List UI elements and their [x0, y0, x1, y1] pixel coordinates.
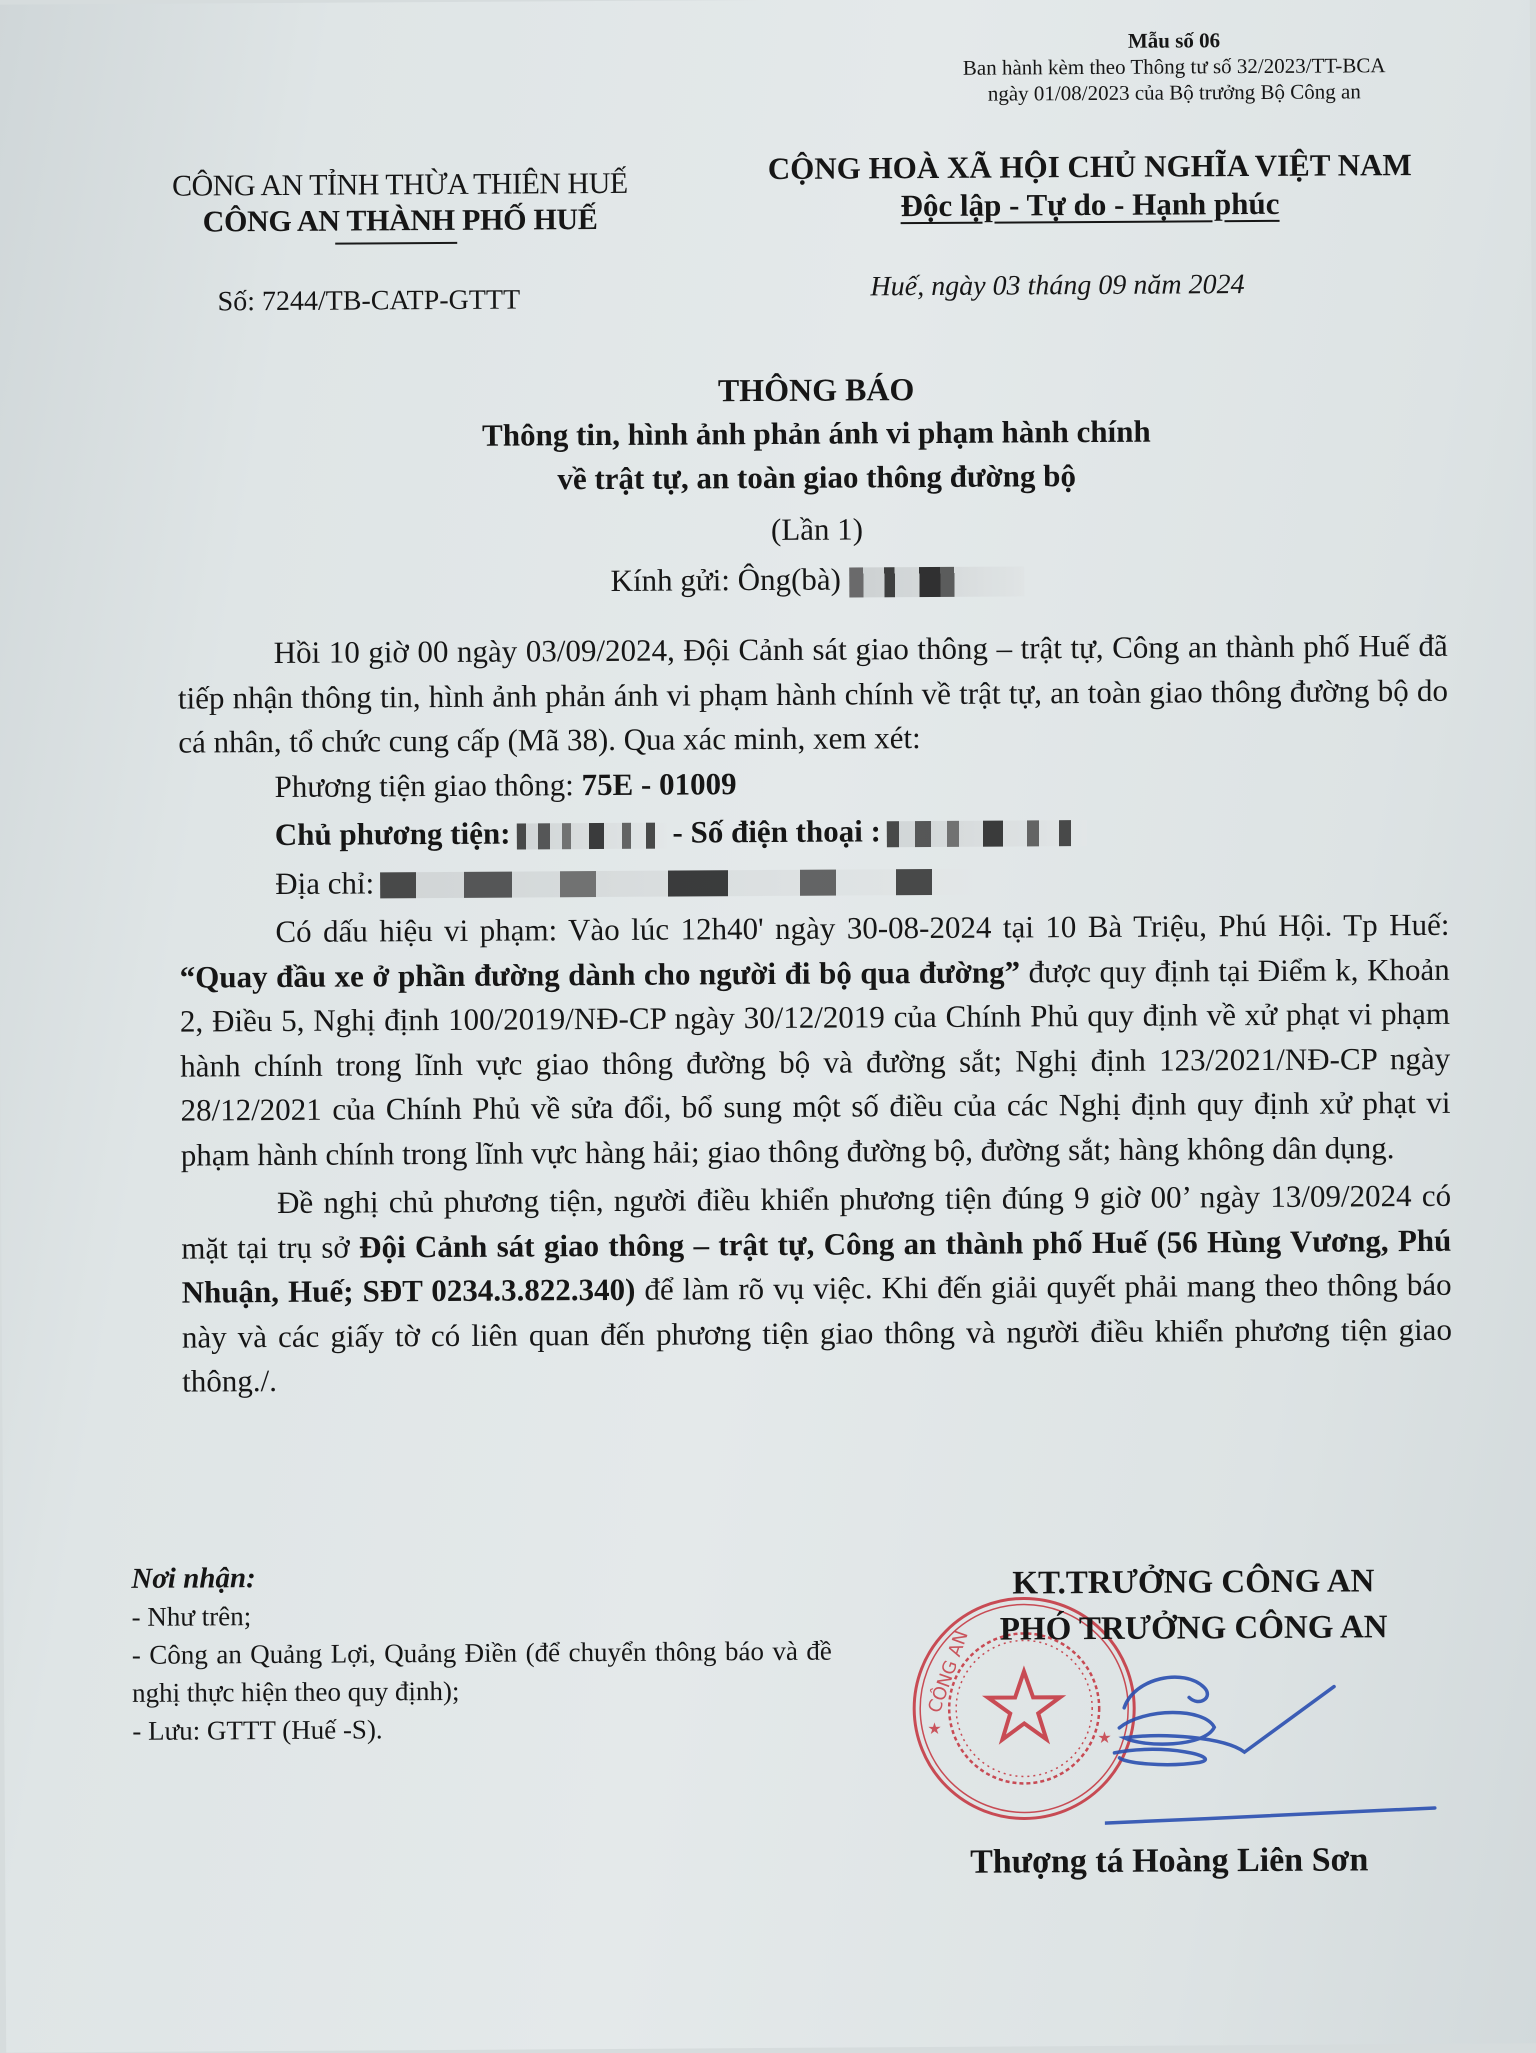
- redacted-owner-name: [516, 823, 666, 850]
- violation-prefix: Có dấu hiệu vi phạm: Vào lúc 12h40' ngày…: [275, 907, 1449, 949]
- phone-label: - Số điện thoại :: [672, 813, 881, 849]
- document-date: Huế, ngày 03 tháng 09 năm 2024: [870, 269, 1244, 303]
- recipients-block: Nơi nhận: - Như trên; - Công an Quảng Lợ…: [131, 1556, 832, 1750]
- document-heading: THÔNG BÁO: [196, 364, 1436, 416]
- national-header: CỘNG HOÀ XÃ HỘI CHỦ NGHĨA VIỆT NAM Độc l…: [725, 146, 1455, 226]
- occurrence: (Lần 1): [197, 500, 1437, 560]
- recipient-item: - Như trên;: [131, 1594, 831, 1636]
- signer-name: Thượng tá Hoàng Liên Sơn: [970, 1841, 1368, 1881]
- title-block: THÔNG BÁO Thông tin, hình ảnh phản ánh v…: [196, 364, 1437, 608]
- intro-paragraph: Hồi 10 giờ 00 ngày 03/09/2024, Đội Cảnh …: [178, 624, 1449, 765]
- violation-description: “Quay đầu xe ở phần đường dành cho người…: [180, 954, 1021, 994]
- document-body: Hồi 10 giờ 00 ngày 03/09/2024, Đội Cảnh …: [178, 624, 1453, 1404]
- nation-name: CỘNG HOÀ XÃ HỘI CHỦ NGHĨA VIỆT NAM: [725, 146, 1455, 188]
- redacted-address: [380, 869, 980, 899]
- request-paragraph: Đề nghị chủ phương tiện, người điều khiể…: [181, 1174, 1452, 1404]
- address-field: Địa chỉ:: [179, 854, 1449, 906]
- recipient-item: - Công an Quảng Lợi, Quảng Điền (để chuy…: [132, 1632, 832, 1712]
- agency-underline: [335, 242, 457, 245]
- document-number: Số: 7244/TB-CATP-GTTT: [217, 285, 520, 319]
- national-motto: Độc lập - Tự do - Hạnh phúc: [900, 186, 1279, 223]
- owner-field: Chủ phương tiện:- Số điện thoại :: [179, 806, 1449, 858]
- document-page: Mẫu số 06 Ban hành kèm theo Thông tư số …: [0, 0, 1536, 2048]
- svg-text:★: ★: [927, 1719, 941, 1738]
- violation-paragraph: Có dấu hiệu vi phạm: Vào lúc 12h40' ngày…: [179, 903, 1451, 1178]
- redacted-recipient-name: [849, 566, 1024, 597]
- form-issued-date: ngày 01/08/2023 của Bộ trưởng Bộ Công an: [924, 78, 1424, 107]
- parent-agency: CÔNG AN TỈNH THỪA THIÊN HUẾ: [125, 166, 675, 205]
- address-label: Địa chỉ:: [275, 865, 374, 901]
- form-number: Mẫu số 06: [924, 26, 1424, 55]
- agency-header: CÔNG AN TỈNH THỪA THIÊN HUẾ CÔNG AN THÀN…: [125, 166, 675, 241]
- issuing-agency: CÔNG AN THÀNH PHỐ HUẾ: [125, 202, 675, 241]
- subtitle-line-2: về trật tự, an toàn giao thông đường bộ: [197, 452, 1437, 504]
- form-note: Mẫu số 06 Ban hành kèm theo Thông tư số …: [924, 26, 1424, 107]
- vehicle-label: Phương tiện giao thông:: [274, 767, 573, 804]
- vehicle-plate: 75E - 01009: [581, 766, 736, 802]
- signature-icon: [1104, 1636, 1465, 1848]
- recipient-item: - Lưu: GTTT (Huế -S).: [132, 1708, 832, 1750]
- salutation-text: Kính gửi: Ông(bà): [611, 562, 842, 598]
- owner-label: Chủ phương tiện:: [275, 816, 511, 852]
- vehicle-field: Phương tiện giao thông: 75E - 01009: [178, 757, 1448, 809]
- recipients-heading: Nơi nhận:: [131, 1556, 831, 1598]
- subtitle-line-1: Thông tin, hình ảnh phản ánh vi phạm hàn…: [196, 408, 1436, 460]
- form-issued-with: Ban hành kèm theo Thông tư số 32/2023/TT…: [924, 52, 1424, 81]
- redacted-phone-number: [887, 820, 1087, 847]
- salutation: Kính gửi: Ông(bà): [197, 552, 1437, 608]
- signer-on-behalf: KT.TRƯỞNG CÔNG AN: [943, 1558, 1443, 1607]
